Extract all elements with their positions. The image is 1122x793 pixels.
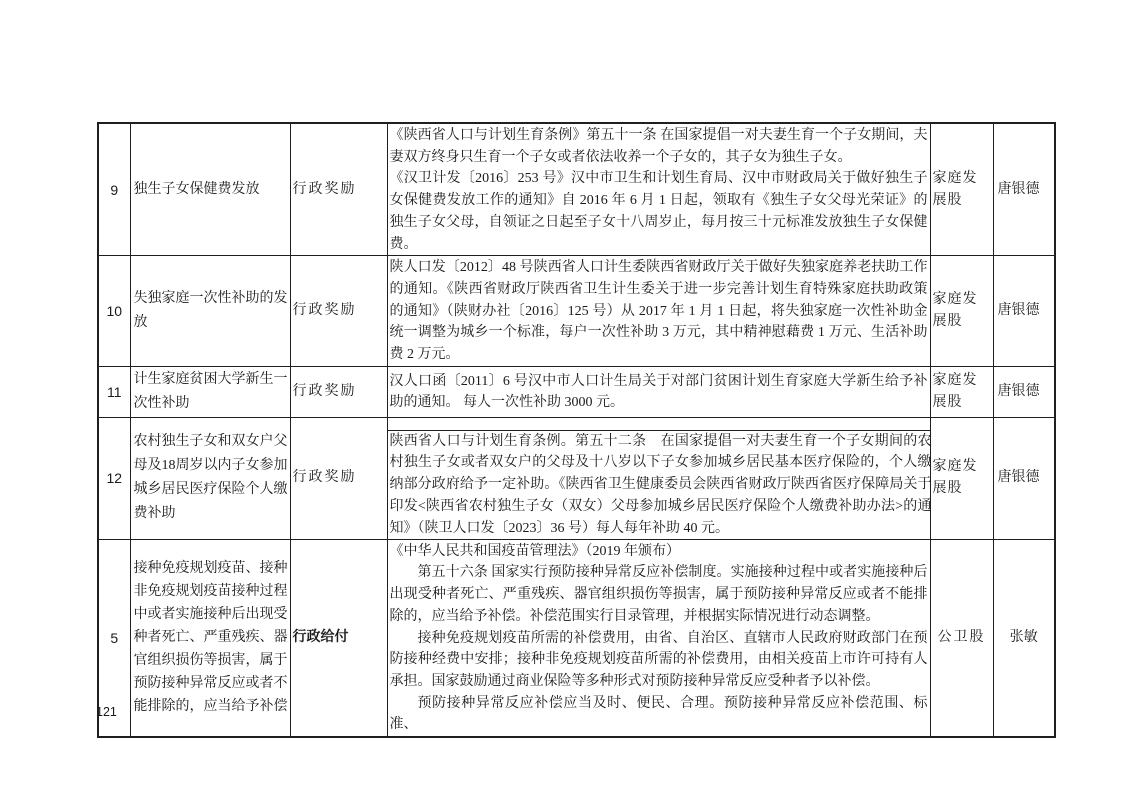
basis-paragraph: 《陕西省人口与计划生育条例》第五十一条 在国家提倡一对夫妻生育一个子女期间，夫妻…	[390, 125, 928, 168]
responsible-person: 唐银德	[993, 417, 1055, 539]
row-number: 10	[98, 256, 130, 367]
basis-paragraph: 陕人口发〔2012〕48 号陕西省人口计生委陕西省财政厅关于做好失独家庭养老扶助…	[390, 257, 928, 366]
basis-paragraph: 第五十六条 国家实行预防接种异常反应补偿制度。实施接种过程中或者实施接种后出现受…	[390, 562, 928, 627]
item-basis: 陕人口发〔2012〕48 号陕西省人口计生委陕西省财政厅关于做好失独家庭养老扶助…	[387, 256, 930, 367]
table-row: 11 计生家庭贫困大学新生一次性补助 行政奖励 汉人口函〔2011〕6 号汉中市…	[98, 366, 1055, 417]
basis-paragraph: 《中华人民共和国疫苗管理法》（2019 年颁布）	[390, 541, 928, 563]
page-number: 121	[96, 705, 117, 719]
item-name: 独生子女保健费发放	[130, 123, 290, 256]
basis-paragraph: 预防接种异常反应补偿应当及时、便民、合理。预防接种异常反应补偿范围、标准、	[390, 693, 928, 736]
table-row: 10 失独家庭一次性补助的发放 行政奖励 陕人口发〔2012〕48 号陕西省人口…	[98, 256, 1055, 367]
item-type: 行政奖励	[290, 366, 387, 417]
basis-paragraph: 接种免疫规划疫苗所需的补偿费用，由省、自治区、直辖市人民政府财政部门在预防接种经…	[390, 628, 928, 693]
item-basis: 陕西省人口与计划生育条例。第五十二条 在国家提倡一对夫妻生育一个子女期间的农村独…	[387, 417, 930, 539]
responsible-unit: 家庭发展股	[930, 123, 993, 256]
responsible-person: 张敏	[993, 539, 1055, 737]
basis-paragraph: 《汉卫计发〔2016〕253 号》汉中市卫生和计划生育局、汉中市财政局关于做好独…	[390, 168, 928, 255]
responsible-unit: 公卫股	[930, 539, 993, 737]
benefit-items-table: 9 独生子女保健费发放 行政奖励 《陕西省人口与计划生育条例》第五十一条 在国家…	[97, 122, 1056, 738]
item-type: 行政奖励	[290, 123, 387, 256]
item-name: 计生家庭贫困大学新生一次性补助	[130, 366, 290, 417]
item-type: 行政奖励	[290, 256, 387, 367]
item-basis: 《陕西省人口与计划生育条例》第五十一条 在国家提倡一对夫妻生育一个子女期间，夫妻…	[387, 123, 930, 256]
responsible-person: 唐银德	[993, 256, 1055, 367]
row-number: 11	[98, 366, 130, 417]
basis-paragraph: 汉人口函〔2011〕6 号汉中市人口计生局关于对部门贫困计划生育家庭大学新生给予…	[390, 371, 928, 414]
table-row: 12 农村独生子女和双女户父母及18周岁以内子女参加城乡居民医疗保险个人缴费补助…	[98, 417, 1055, 539]
basis-paragraph: 陕西省人口与计划生育条例。第五十二条 在国家提倡一对夫妻生育一个子女期间的农村独…	[390, 431, 931, 540]
row-number: 12	[98, 417, 130, 539]
item-name: 失独家庭一次性补助的发放	[130, 256, 290, 367]
table-row: 5 接种免疫规划疫苗、接种非免疫规划疫苗接种过程中或者实施接种后出现受种者死亡、…	[98, 539, 1055, 737]
item-name: 农村独生子女和双女户父母及18周岁以内子女参加城乡居民医疗保险个人缴费补助	[130, 417, 290, 539]
document-page: 9 独生子女保健费发放 行政奖励 《陕西省人口与计划生育条例》第五十一条 在国家…	[0, 0, 1122, 793]
item-name: 接种免疫规划疫苗、接种非免疫规划疫苗接种过程中或者实施接种后出现受种者死亡、严重…	[130, 539, 290, 737]
item-type: 行政给付	[290, 539, 387, 737]
responsible-unit: 家庭发展股	[930, 256, 993, 367]
item-basis: 汉人口函〔2011〕6 号汉中市人口计生局关于对部门贫困计划生育家庭大学新生给予…	[387, 366, 930, 417]
item-basis: 《中华人民共和国疫苗管理法》（2019 年颁布） 第五十六条 国家实行预防接种异…	[387, 539, 930, 737]
responsible-unit: 家庭发展股	[930, 366, 993, 417]
floating-text-frame: 陕西省人口与计划生育条例。第五十二条 在国家提倡一对夫妻生育一个子女期间的农村独…	[387, 430, 930, 540]
item-type: 行政奖励	[290, 417, 387, 539]
responsible-person: 唐银德	[993, 366, 1055, 417]
responsible-person: 唐银德	[993, 123, 1055, 256]
row-number: 9	[98, 123, 130, 256]
table-row: 9 独生子女保健费发放 行政奖励 《陕西省人口与计划生育条例》第五十一条 在国家…	[98, 123, 1055, 256]
responsible-unit: 家庭发展股	[930, 417, 993, 539]
